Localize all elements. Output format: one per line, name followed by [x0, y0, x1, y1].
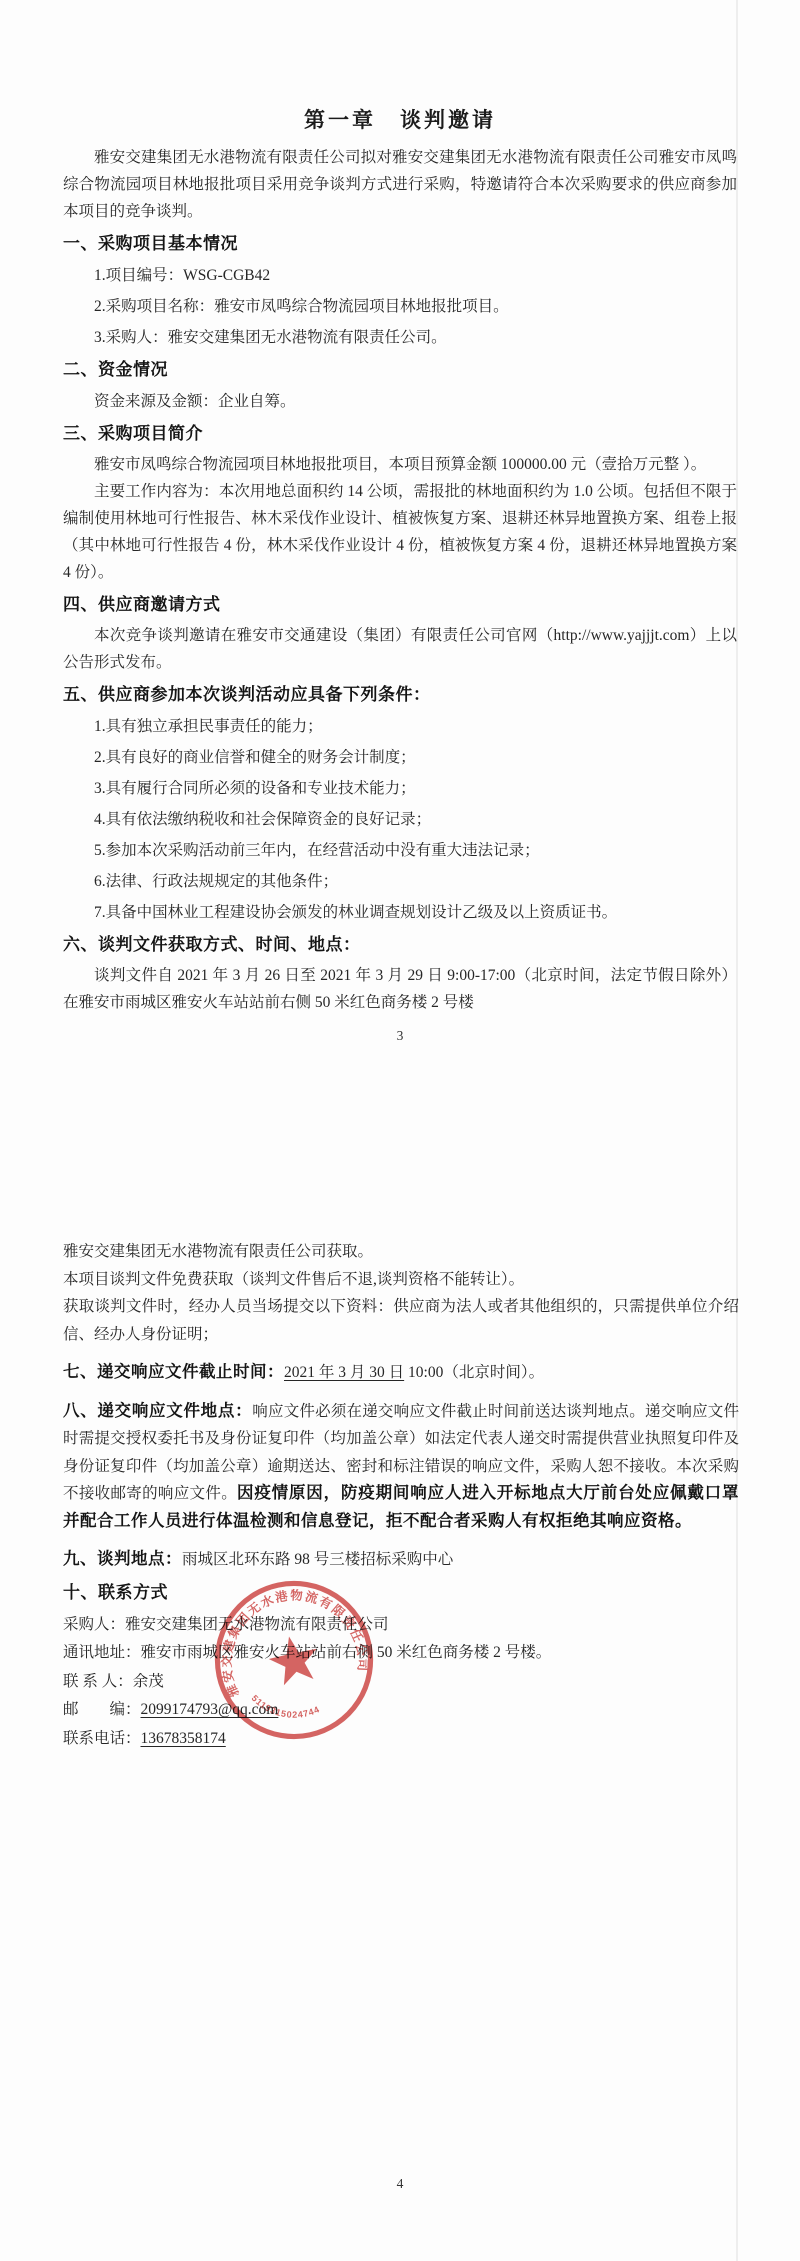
- page-number-4: 4: [0, 2176, 800, 2192]
- chapter-title: 第一章 谈判邀请: [63, 104, 737, 134]
- section-1-heading: 一、采购项目基本情况: [63, 230, 737, 258]
- section-1-item: 3.采购人：雅安交建集团无水港物流有限责任公司。: [63, 324, 737, 351]
- contact-phone: 联系电话：13678358174: [63, 1725, 739, 1754]
- scanned-document: 第一章 谈判邀请 雅安交建集团无水港物流有限责任公司拟对雅安交建集团无水港物流有…: [0, 0, 800, 2261]
- page-number-3: 3: [63, 1028, 737, 1044]
- section-7-heading: 七、递交响应文件截止时间：: [63, 1363, 284, 1381]
- intro-paragraph: 雅安交建集团无水港物流有限责任公司拟对雅安交建集团无水港物流有限责任公司雅安市凤…: [63, 144, 737, 225]
- contact-block: 采购人：雅安交建集团无水港物流有限责任公司 通讯地址：雅安市雨城区雅安火车站站前…: [63, 1611, 739, 1754]
- section-10-heading: 十、联系方式: [63, 1579, 739, 1607]
- section-5-item: 3.具有履行合同所必须的设备和专业技术能力；: [63, 775, 737, 802]
- section-3-paragraph: 雅安市凤鸣综合物流园项目林地报批项目，本项目预算金额 100000.00 元（壹…: [63, 451, 737, 478]
- section-6-paragraph: 获取谈判文件时，经办人员当场提交以下资料：供应商为法人或者其他组织的，只需提供单…: [63, 1293, 739, 1348]
- contact-address: 通讯地址：雅安市雨城区雅安火车站站前右侧 50 米红色商务楼 2 号楼。: [63, 1639, 739, 1668]
- contact-label: 联系电话：: [63, 1730, 141, 1747]
- contact-value: 余茂: [133, 1673, 164, 1690]
- contact-label: 采购人：: [63, 1616, 125, 1633]
- section-2-heading: 二、资金情况: [63, 356, 737, 384]
- section-5-item: 4.具有依法缴纳税收和社会保障资金的良好记录；: [63, 806, 737, 833]
- contact-value: 13678358174: [141, 1730, 226, 1747]
- contact-label: 通讯地址：: [63, 1644, 141, 1661]
- contact-purchaser: 采购人：雅安交建集团无水港物流有限责任公司: [63, 1611, 739, 1640]
- contact-value: 雅安市雨城区雅安火车站站前右侧 50 米红色商务楼 2 号楼。: [141, 1644, 552, 1661]
- negotiation-venue: 雨城区北环东路 98 号三楼招标采购中心: [182, 1551, 453, 1568]
- section-5-item: 5.参加本次采购活动前三年内，在经营活动中没有重大违法记录；: [63, 837, 737, 864]
- contact-person: 联 系 人：余茂: [63, 1668, 739, 1697]
- section-8-paragraph: 八、递交响应文件地点：响应文件必须在递交响应文件截止时间前送达谈判地点。递交响应…: [63, 1398, 739, 1536]
- page-3-content: 第一章 谈判邀请 雅安交建集团无水港物流有限责任公司拟对雅安交建集团无水港物流有…: [0, 0, 800, 1044]
- section-3-paragraph: 主要工作内容为：本次用地总面积约 14 公顷，需报批的林地面积约为 1.0 公顷…: [63, 478, 737, 586]
- section-6-paragraph: 本项目谈判文件免费获取（谈判文件售后不退,谈判资格不能转让）。: [63, 1266, 739, 1294]
- section-4-body: 本次竞争谈判邀请在雅安市交通建设（集团）有限责任公司官网（http://www.…: [63, 622, 737, 676]
- section-4-heading: 四、供应商邀请方式: [63, 591, 737, 619]
- section-6-heading: 六、谈判文件获取方式、时间、地点：: [63, 931, 737, 959]
- section-2-body: 资金来源及金额：企业自筹。: [63, 388, 737, 415]
- section-1-item: 1.项目编号：WSG-CGB42: [63, 262, 737, 289]
- contact-email: 邮 编：2099174793@qq.com: [63, 1696, 739, 1725]
- section-5-heading: 五、供应商参加本次谈判活动应具备下列条件：: [63, 681, 737, 709]
- section-5-item: 6.法律、行政法规规定的其他条件；: [63, 868, 737, 895]
- deadline-date: 2021 年 3 月 30 日: [284, 1364, 404, 1381]
- section-6-paragraph: 谈判文件自 2021 年 3 月 26 日至 2021 年 3 月 29 日 9…: [63, 962, 737, 1016]
- deadline-time: 10:00（北京时间）。: [404, 1364, 544, 1381]
- contact-value: 雅安交建集团无水港物流有限责任公司: [125, 1616, 389, 1633]
- section-5-item: 2.具有良好的商业信誉和健全的财务会计制度；: [63, 744, 737, 771]
- section-9-line: 九、谈判地点：雨城区北环东路 98 号三楼招标采购中心: [63, 1546, 739, 1574]
- section-5-item: 1.具有独立承担民事责任的能力；: [63, 713, 737, 740]
- section-6-continuation: 雅安交建集团无水港物流有限责任公司获取。: [63, 1238, 739, 1266]
- section-8-heading: 八、递交响应文件地点：: [63, 1402, 252, 1420]
- section-3-heading: 三、采购项目简介: [63, 420, 737, 448]
- contact-value: 2099174793@qq.com: [141, 1701, 279, 1718]
- section-9-heading: 九、谈判地点：: [63, 1550, 182, 1568]
- section-7-line: 七、递交响应文件截止时间：2021 年 3 月 30 日 10:00（北京时间）…: [63, 1359, 739, 1387]
- section-5-item: 7.具备中国林业工程建设协会颁发的林业调查规划设计乙级及以上资质证书。: [63, 899, 737, 926]
- page-4-content: 雅安交建集团无水港物流有限责任公司获取。 本项目谈判文件免费获取（谈判文件售后不…: [63, 1238, 739, 1753]
- section-1-item: 2.采购项目名称：雅安市凤鸣综合物流园项目林地报批项目。: [63, 293, 737, 320]
- contact-label: 联 系 人：: [63, 1673, 133, 1690]
- contact-label: 邮 编：: [63, 1701, 141, 1718]
